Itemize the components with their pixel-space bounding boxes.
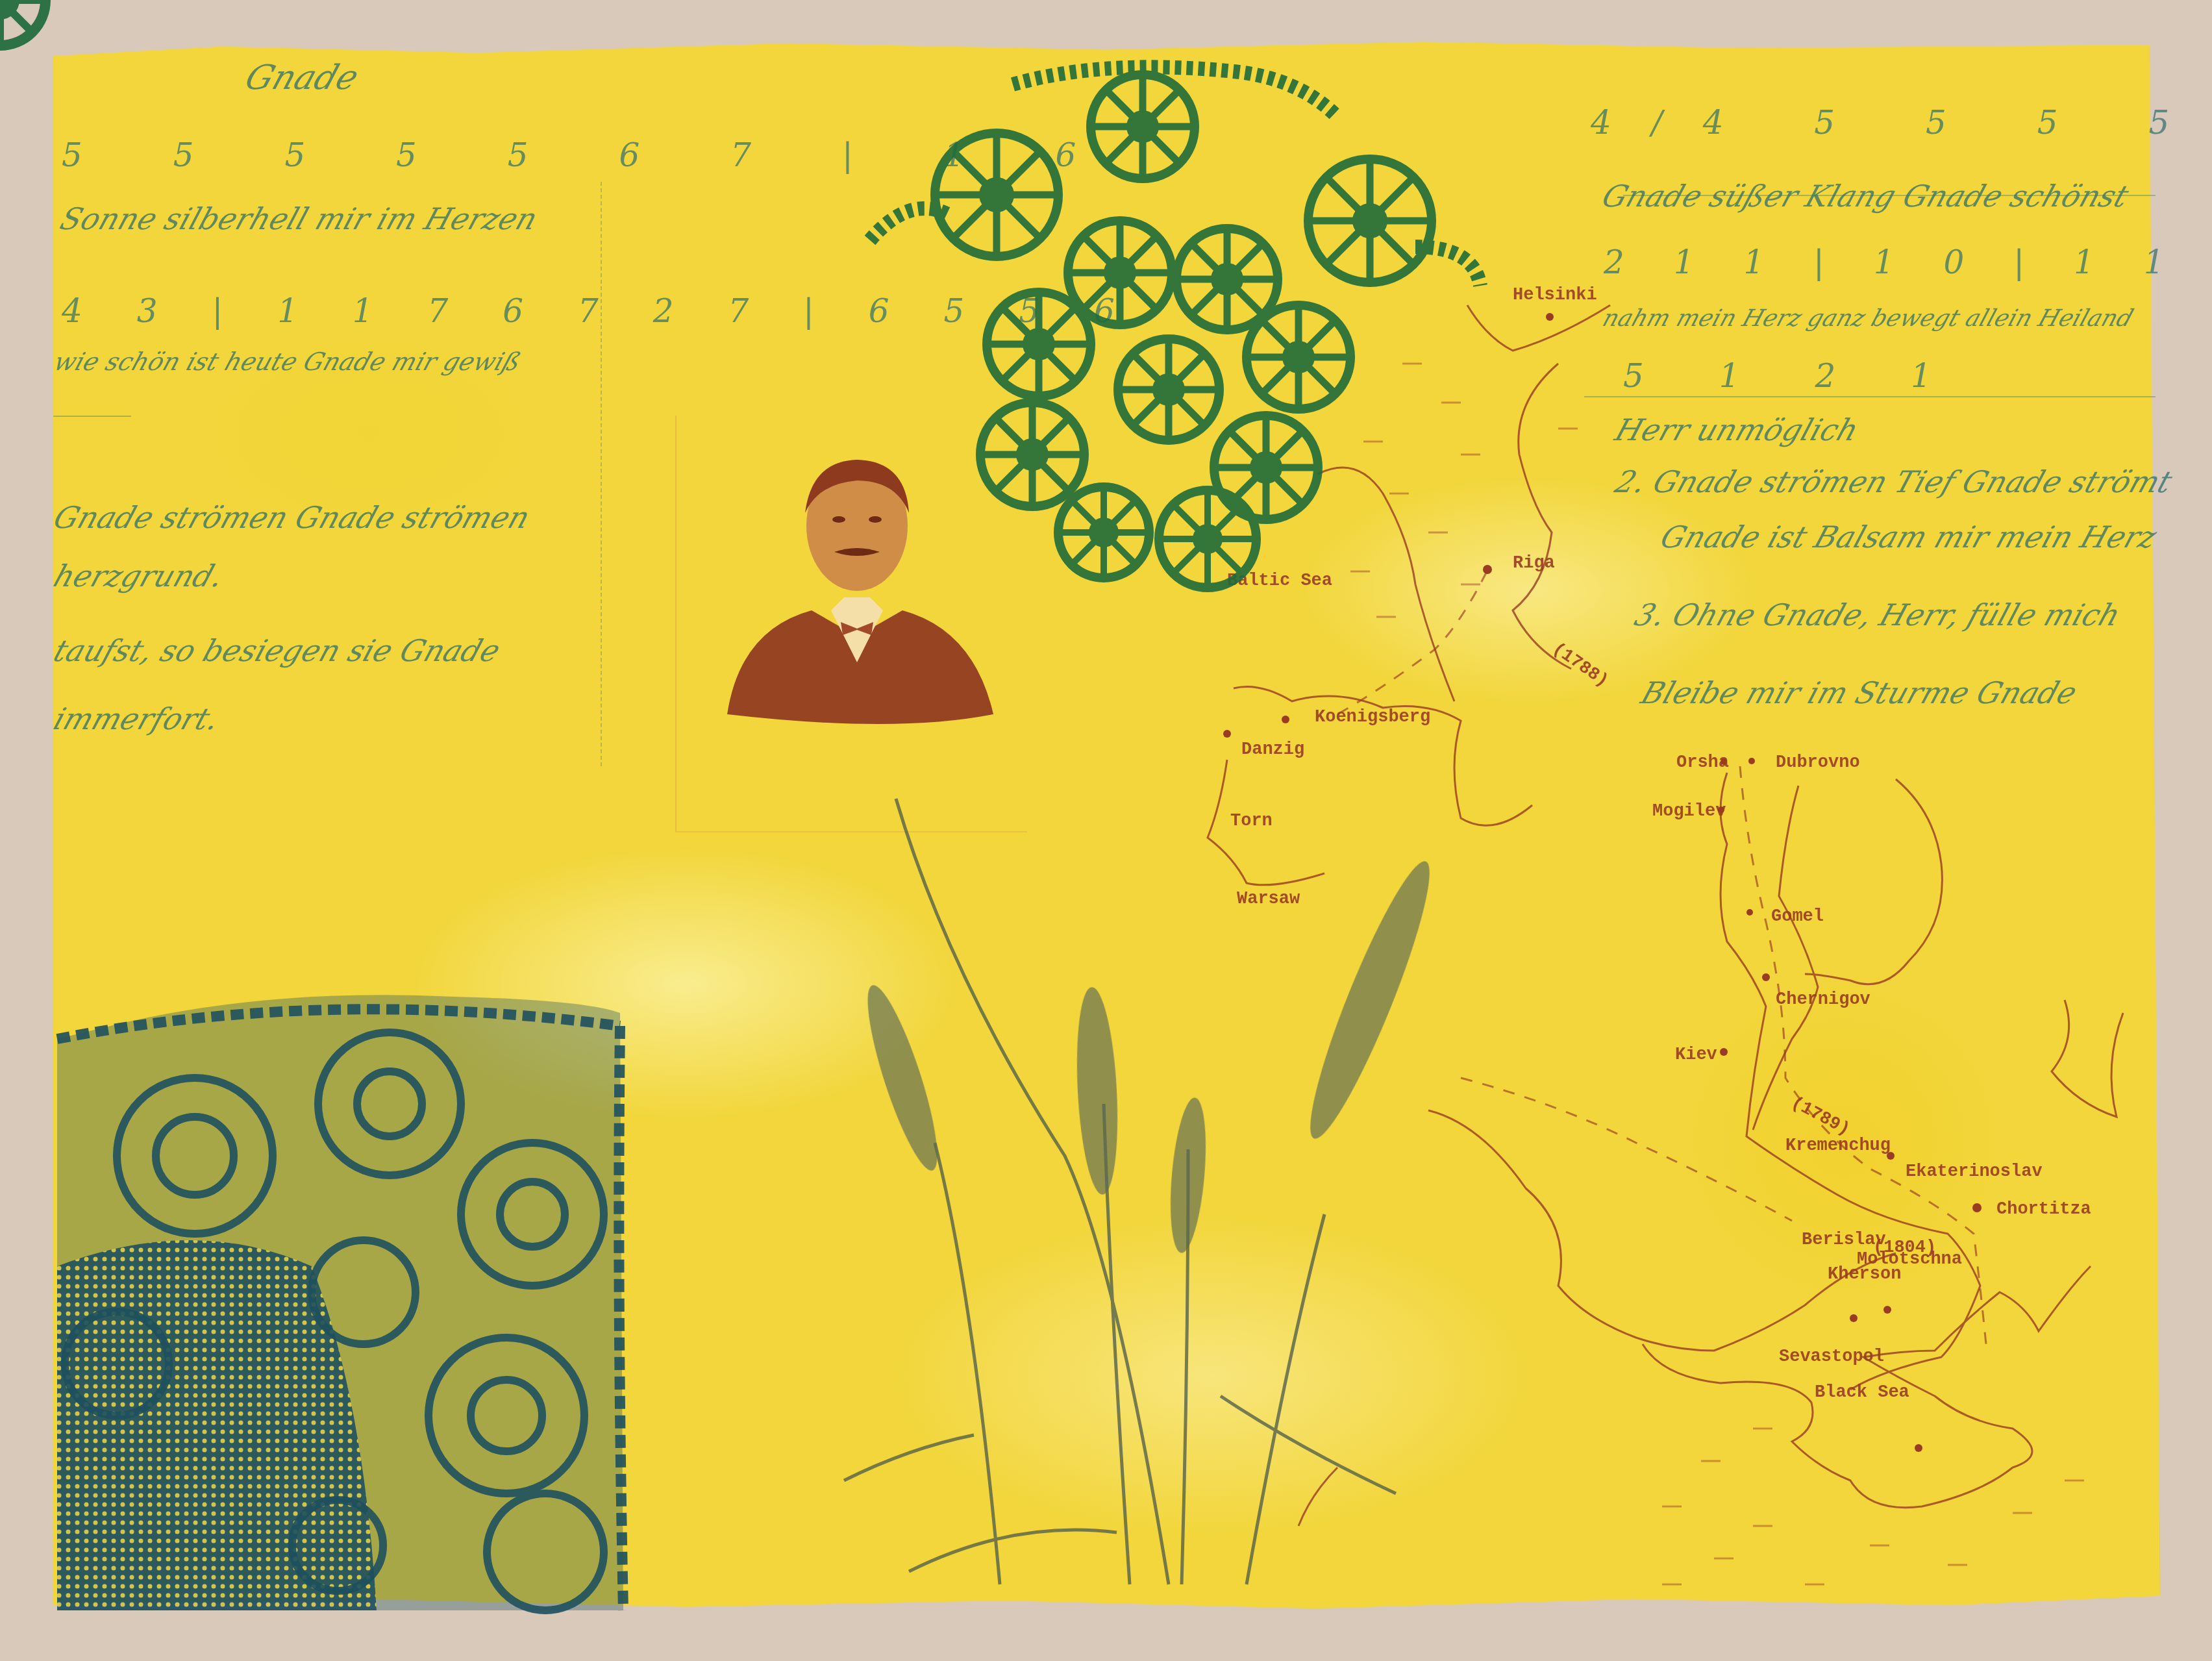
artwork-paper bbox=[53, 40, 2160, 1612]
portrait-image bbox=[701, 416, 1013, 753]
